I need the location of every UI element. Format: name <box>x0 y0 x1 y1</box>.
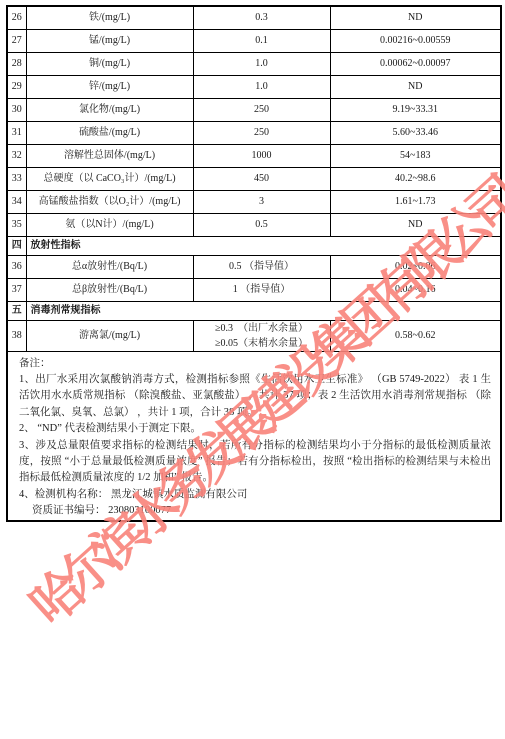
row-number: 26 <box>7 6 26 29</box>
table-row: 34高锰酸盐指数（以O₂计）/(mg/L)31.61~1.73 <box>7 190 501 213</box>
section-number: 五 <box>7 301 26 320</box>
result-value: 0.02~0.06 <box>330 255 501 278</box>
section-number: 四 <box>7 236 26 255</box>
limit-value: 0.1 <box>193 29 330 52</box>
limit-value: 1.0 <box>193 52 330 75</box>
item-name: 氯化物/(mg/L) <box>26 98 193 121</box>
limit-value: 250 <box>193 121 330 144</box>
row-number: 35 <box>7 213 26 236</box>
limit-value: 1 （指导值） <box>193 278 330 301</box>
note-line: 资质证书编号： 230803100077 <box>19 503 491 519</box>
table-row: 30氯化物/(mg/L)2509.19~33.31 <box>7 98 501 121</box>
note-line: 1、出厂水采用次氯酸钠消毒方式，检测指标参照《生活饮用水卫生标准》 （GB 57… <box>19 372 491 421</box>
limit-line: ≥0.3 （出厂水余量） <box>196 321 328 336</box>
row-number: 28 <box>7 52 26 75</box>
limit-value: ≥0.3 （出厂水余量）≥0.05（末梢水余量） <box>193 320 330 351</box>
notes-cell: 备注：1、出厂水采用次氯酸钠消毒方式，检测指标参照《生活饮用水卫生标准》 （GB… <box>7 351 501 521</box>
table-row: 四放射性指标 <box>7 236 501 255</box>
result-value: 1.61~1.73 <box>330 190 501 213</box>
water-quality-table: 26铁/(mg/L)0.3ND27锰/(mg/L)0.10.00216~0.00… <box>6 5 502 522</box>
table-row: 32溶解性总固体/(mg/L)100054~183 <box>7 144 501 167</box>
result-value: 40.2~98.6 <box>330 167 501 190</box>
item-name: 锰/(mg/L) <box>26 29 193 52</box>
table-row: 37总β放射性/(Bq/L)1 （指导值）0.04~0.16 <box>7 278 501 301</box>
row-number: 31 <box>7 121 26 144</box>
section-title: 消毒剂常规指标 <box>26 301 501 320</box>
row-number: 34 <box>7 190 26 213</box>
item-name: 锌/(mg/L) <box>26 75 193 98</box>
result-value: 5.60~33.46 <box>330 121 501 144</box>
note-line: 4、检测机构名称： 黑龙江城镇水质监测有限公司 <box>19 487 491 503</box>
table-row: 26铁/(mg/L)0.3ND <box>7 6 501 29</box>
table-row: 27锰/(mg/L)0.10.00216~0.00559 <box>7 29 501 52</box>
result-value: ND <box>330 75 501 98</box>
limit-value: 3 <box>193 190 330 213</box>
result-value: ND <box>330 213 501 236</box>
row-number: 27 <box>7 29 26 52</box>
table-row: 36总α放射性/(Bq/L)0.5 （指导值）0.02~0.06 <box>7 255 501 278</box>
result-value: 54~183 <box>330 144 501 167</box>
notes-row: 备注：1、出厂水采用次氯酸钠消毒方式，检测指标参照《生活饮用水卫生标准》 （GB… <box>7 351 501 521</box>
item-name: 氨（以N计）/(mg/L) <box>26 213 193 236</box>
table-row: 29锌/(mg/L)1.0ND <box>7 75 501 98</box>
item-name: 硫酸盐/(mg/L) <box>26 121 193 144</box>
result-value: 9.19~33.31 <box>330 98 501 121</box>
item-name: 铜/(mg/L) <box>26 52 193 75</box>
result-value: ND <box>330 6 501 29</box>
row-number: 29 <box>7 75 26 98</box>
row-number: 33 <box>7 167 26 190</box>
limit-value: 1.0 <box>193 75 330 98</box>
result-value: 0.00062~0.00097 <box>330 52 501 75</box>
note-line: 3、涉及总量限值要求指标的检测结果时，若所有分指标的检测结果均小于分指标的最低检… <box>19 438 491 487</box>
result-value: 0.04~0.16 <box>330 278 501 301</box>
table-row: 28铜/(mg/L)1.00.00062~0.00097 <box>7 52 501 75</box>
table-row: 38游离氯/(mg/L)≥0.3 （出厂水余量）≥0.05（末梢水余量）0.58… <box>7 320 501 351</box>
table-row: 五消毒剂常规指标 <box>7 301 501 320</box>
row-number: 38 <box>7 320 26 351</box>
row-number: 36 <box>7 255 26 278</box>
item-name: 游离氯/(mg/L) <box>26 320 193 351</box>
table-row: 35氨（以N计）/(mg/L)0.5ND <box>7 213 501 236</box>
item-name: 总β放射性/(Bq/L) <box>26 278 193 301</box>
limit-value: 0.5 <box>193 213 330 236</box>
row-number: 32 <box>7 144 26 167</box>
note-line: 备注： <box>19 356 491 372</box>
item-name: 总α放射性/(Bq/L) <box>26 255 193 278</box>
report-page: 26铁/(mg/L)0.3ND27锰/(mg/L)0.10.00216~0.00… <box>0 0 505 739</box>
table-row: 31硫酸盐/(mg/L)2505.60~33.46 <box>7 121 501 144</box>
limit-value: 0.3 <box>193 6 330 29</box>
item-name: 高锰酸盐指数（以O₂计）/(mg/L) <box>26 190 193 213</box>
result-value: 0.58~0.62 <box>330 320 501 351</box>
item-name: 总硬度（以 CaCO₃计）/(mg/L) <box>26 167 193 190</box>
table-row: 33总硬度（以 CaCO₃计）/(mg/L)45040.2~98.6 <box>7 167 501 190</box>
limit-value: 0.5 （指导值） <box>193 255 330 278</box>
limit-value: 1000 <box>193 144 330 167</box>
limit-line: ≥0.05（末梢水余量） <box>196 336 328 351</box>
item-name: 溶解性总固体/(mg/L) <box>26 144 193 167</box>
result-value: 0.00216~0.00559 <box>330 29 501 52</box>
note-line: 2、 “ND” 代表检测结果小于测定下限。 <box>19 421 491 437</box>
limit-value: 250 <box>193 98 330 121</box>
section-title: 放射性指标 <box>26 236 501 255</box>
row-number: 30 <box>7 98 26 121</box>
row-number: 37 <box>7 278 26 301</box>
item-name: 铁/(mg/L) <box>26 6 193 29</box>
limit-value: 450 <box>193 167 330 190</box>
